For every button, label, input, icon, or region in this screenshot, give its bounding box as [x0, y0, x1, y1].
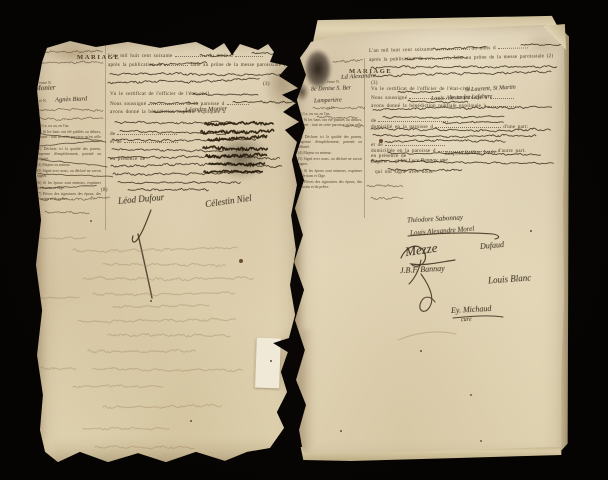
handwriting-line — [150, 62, 207, 66]
bleed-through-line — [37, 297, 79, 299]
bleed-through-line — [113, 305, 209, 308]
bleed-through-line — [108, 334, 230, 337]
handwriting-line — [112, 139, 256, 142]
handwriting-line — [521, 44, 563, 46]
margin-scribble — [313, 107, 365, 110]
bleed-through-line — [39, 237, 86, 239]
handwriting-line — [405, 57, 467, 60]
handwriting-line — [371, 66, 557, 69]
handwriting-line — [373, 71, 551, 77]
bleed-through-line — [93, 292, 234, 296]
dense-ink-scribble — [208, 135, 267, 141]
bleed-through-line — [78, 318, 236, 323]
margin-scribble — [39, 61, 103, 64]
margin-scribble — [37, 108, 103, 111]
bleed-through-line — [73, 385, 163, 388]
bleed-through-line — [103, 404, 222, 408]
bleed-through-line — [83, 427, 169, 429]
margin-crossout — [38, 141, 101, 147]
handwriting-line — [200, 54, 233, 57]
handwriting-line — [408, 100, 468, 103]
handwriting-line — [108, 78, 259, 84]
margin-crossout — [41, 160, 107, 167]
bleed-through-line — [41, 367, 76, 369]
handwriting-line — [110, 73, 289, 76]
handwriting-line — [150, 102, 198, 104]
handwriting-line — [371, 128, 550, 132]
handwriting-line — [385, 139, 505, 142]
bleed-through-line — [95, 446, 194, 449]
handwriting-line — [128, 188, 208, 190]
handwriting-line — [373, 134, 536, 137]
handwriting-line — [153, 111, 191, 113]
handwriting-line — [233, 101, 295, 103]
handwriting-line — [388, 168, 462, 171]
handwriting-line — [252, 52, 296, 54]
signature-flourish — [132, 210, 151, 242]
bleed-through-line — [113, 462, 185, 465]
handwriting-line — [371, 160, 553, 164]
signature-flourish — [408, 233, 499, 239]
register-page-right: MARIAGE entre N. et N. Ld Alexandre 8e D… — [293, 20, 569, 466]
margin-crossout — [40, 185, 96, 188]
margin-scribble — [41, 198, 91, 201]
margin-scribble — [371, 197, 403, 200]
margin-scribble — [45, 211, 89, 214]
register-page-left: MARIAGE entre N. et N. Monier Agnès Biar… — [33, 38, 301, 466]
handwriting-line — [433, 47, 486, 50]
signature-flourish — [453, 316, 503, 318]
margin-crossout — [38, 174, 113, 177]
margin-crossout — [39, 134, 106, 143]
margin-scribble — [333, 59, 363, 62]
margin-scribble — [367, 185, 403, 187]
handwriting-line — [398, 91, 440, 93]
handwriting-line — [383, 116, 504, 119]
handwriting-line — [118, 181, 240, 183]
margin-scribble — [343, 125, 364, 127]
handwriting-line — [373, 106, 552, 110]
margin-scribble — [91, 197, 109, 199]
bleed-through-mark — [398, 332, 456, 340]
handwriting-overlay — [293, 20, 569, 466]
dense-ink-scribble — [203, 146, 267, 150]
margin-scribble — [43, 50, 102, 53]
bleed-through-line — [88, 350, 195, 353]
bleed-through-line — [83, 277, 253, 281]
dense-ink-scribble — [205, 122, 273, 126]
margin-scribble — [39, 117, 103, 120]
margin-scribble — [317, 116, 357, 118]
handwriting-line — [443, 121, 503, 123]
signature-flourish — [401, 246, 455, 266]
bleed-through-line — [93, 368, 242, 372]
bleed-through-line — [73, 247, 237, 252]
scanned-register-spread: MARIAGE entre N. et N. Ld Alexandre 8e D… — [0, 0, 608, 480]
handwriting-line — [388, 152, 541, 155]
bleed-through-line — [103, 263, 226, 267]
signature-flourish — [420, 274, 435, 311]
handwriting-overlay — [33, 38, 301, 466]
handwriting-line — [193, 93, 258, 95]
